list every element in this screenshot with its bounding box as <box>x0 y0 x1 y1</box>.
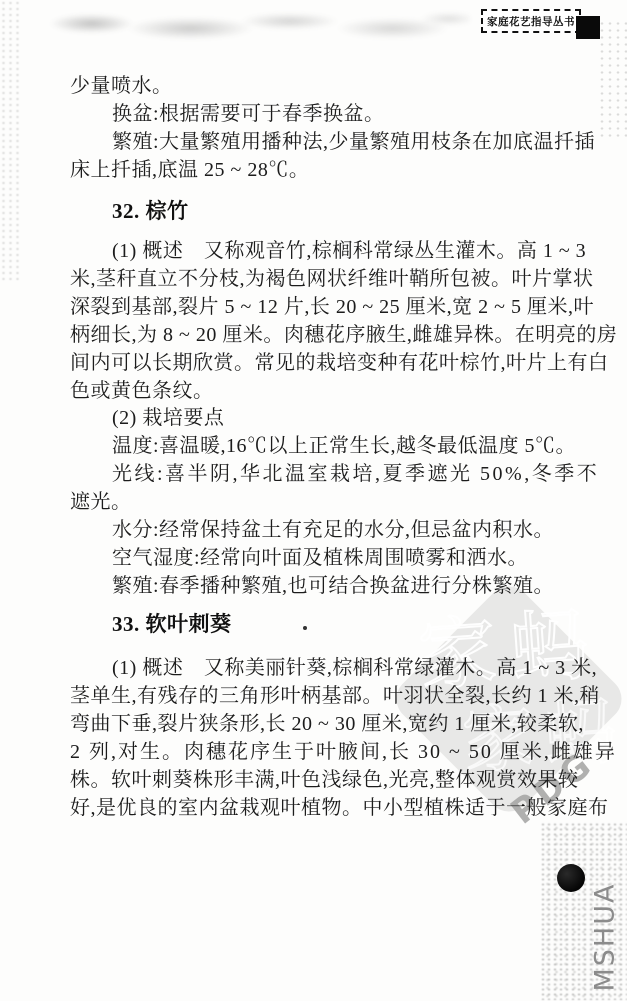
body-line: 光线:喜半阴,华北温室栽培,夏季遮光 50%,冬季不 <box>112 463 599 485</box>
body-line: 水分:经常保持盆土有充足的水分,但忌盆内积水。 <box>112 519 554 541</box>
body-line: 间内可以长期欣赏。常见的栽培变种有花叶棕竹,叶片上有白 <box>70 352 609 374</box>
body-line: 床上扦插,底温 25 ~ 28℃。 <box>70 159 309 181</box>
body-line: 柄细长,为 8 ~ 20 厘米。肉穗花序腋生,雌雄异株。在明亮的房 <box>70 324 617 346</box>
body-line: (1) 概述 又称观音竹,棕榈科常绿丛生灌木。高 1 ~ 3 <box>112 240 586 262</box>
scan-speck-dot <box>303 626 307 630</box>
body-line: 米,茎秆直立不分枝,为褐色网状纤维叶鞘所包被。叶片掌状 <box>70 268 594 290</box>
body-line: 少量喷水。 <box>70 75 173 97</box>
body-line: 繁殖:春季播种繁殖,也可结合换盆进行分株繁殖。 <box>112 575 554 597</box>
body-line: 换盆:根据需要可于春季换盆。 <box>112 103 385 125</box>
body-line: 茎单生,有残存的三角形叶柄基部。叶羽状全裂,长约 1 米,稍 <box>70 685 600 707</box>
scan-hole-dot <box>557 864 585 892</box>
body-line: 色或黄色条纹。 <box>70 380 214 402</box>
scan-noise-left-edge <box>0 0 20 280</box>
series-badge-label: 家庭花艺指导丛书 <box>487 14 575 29</box>
scanned-book-page: 家蚂 家蚂 PDG 家庭花艺指导丛书 少量喷水。 换盆:根据需要可于春季换盆。 … <box>0 0 627 1001</box>
body-line: 好,是优良的室内盆栽观叶植物。中小型植株适于一般家庭布 <box>70 797 609 819</box>
watermark-mshua-text: MSHUA <box>590 882 621 992</box>
body-line: 温度:喜温暖,16℃以上正常生长,越冬最低温度 5℃。 <box>112 435 576 457</box>
body-line: 株。软叶刺葵株形丰满,叶色浅绿色,光亮,整体观赏效果较 <box>70 769 579 791</box>
series-badge-square-icon <box>576 16 600 39</box>
body-line: 深裂到基部,裂片 5 ~ 12 片,长 20 ~ 25 厘米,宽 2 ~ 5 厘… <box>70 296 594 318</box>
section-32-cultivation-heading: (2) 栽培要点 <box>112 407 224 429</box>
body-line: (1) 概述 又称美丽针葵,棕榈科常绿灌木。高 1 ~ 3 米, <box>112 657 597 679</box>
body-line: 遮光。 <box>70 491 132 513</box>
body-line: 繁殖:大量繁殖用播种法,少量繁殖用枝条在加底温扦插 <box>112 131 595 153</box>
body-line: 空气湿度:经常向叶面及植株周围喷雾和洒水。 <box>112 547 528 569</box>
scan-noise-top <box>40 2 470 50</box>
section-32-heading: 32. 棕竹 <box>112 200 189 222</box>
body-line: 2 列,对生。肉穗花序生于叶腋间,长 30 ~ 50 厘米,雌雄异 <box>70 741 617 763</box>
series-badge: 家庭花艺指导丛书 <box>481 9 581 33</box>
body-line: 弯曲下垂,裂片狭条形,长 20 ~ 30 厘米,宽约 1 厘米,较柔软, <box>70 713 584 735</box>
scan-noise-top-right <box>598 20 627 140</box>
section-33-heading: 33. 软叶刺葵 <box>112 613 232 635</box>
